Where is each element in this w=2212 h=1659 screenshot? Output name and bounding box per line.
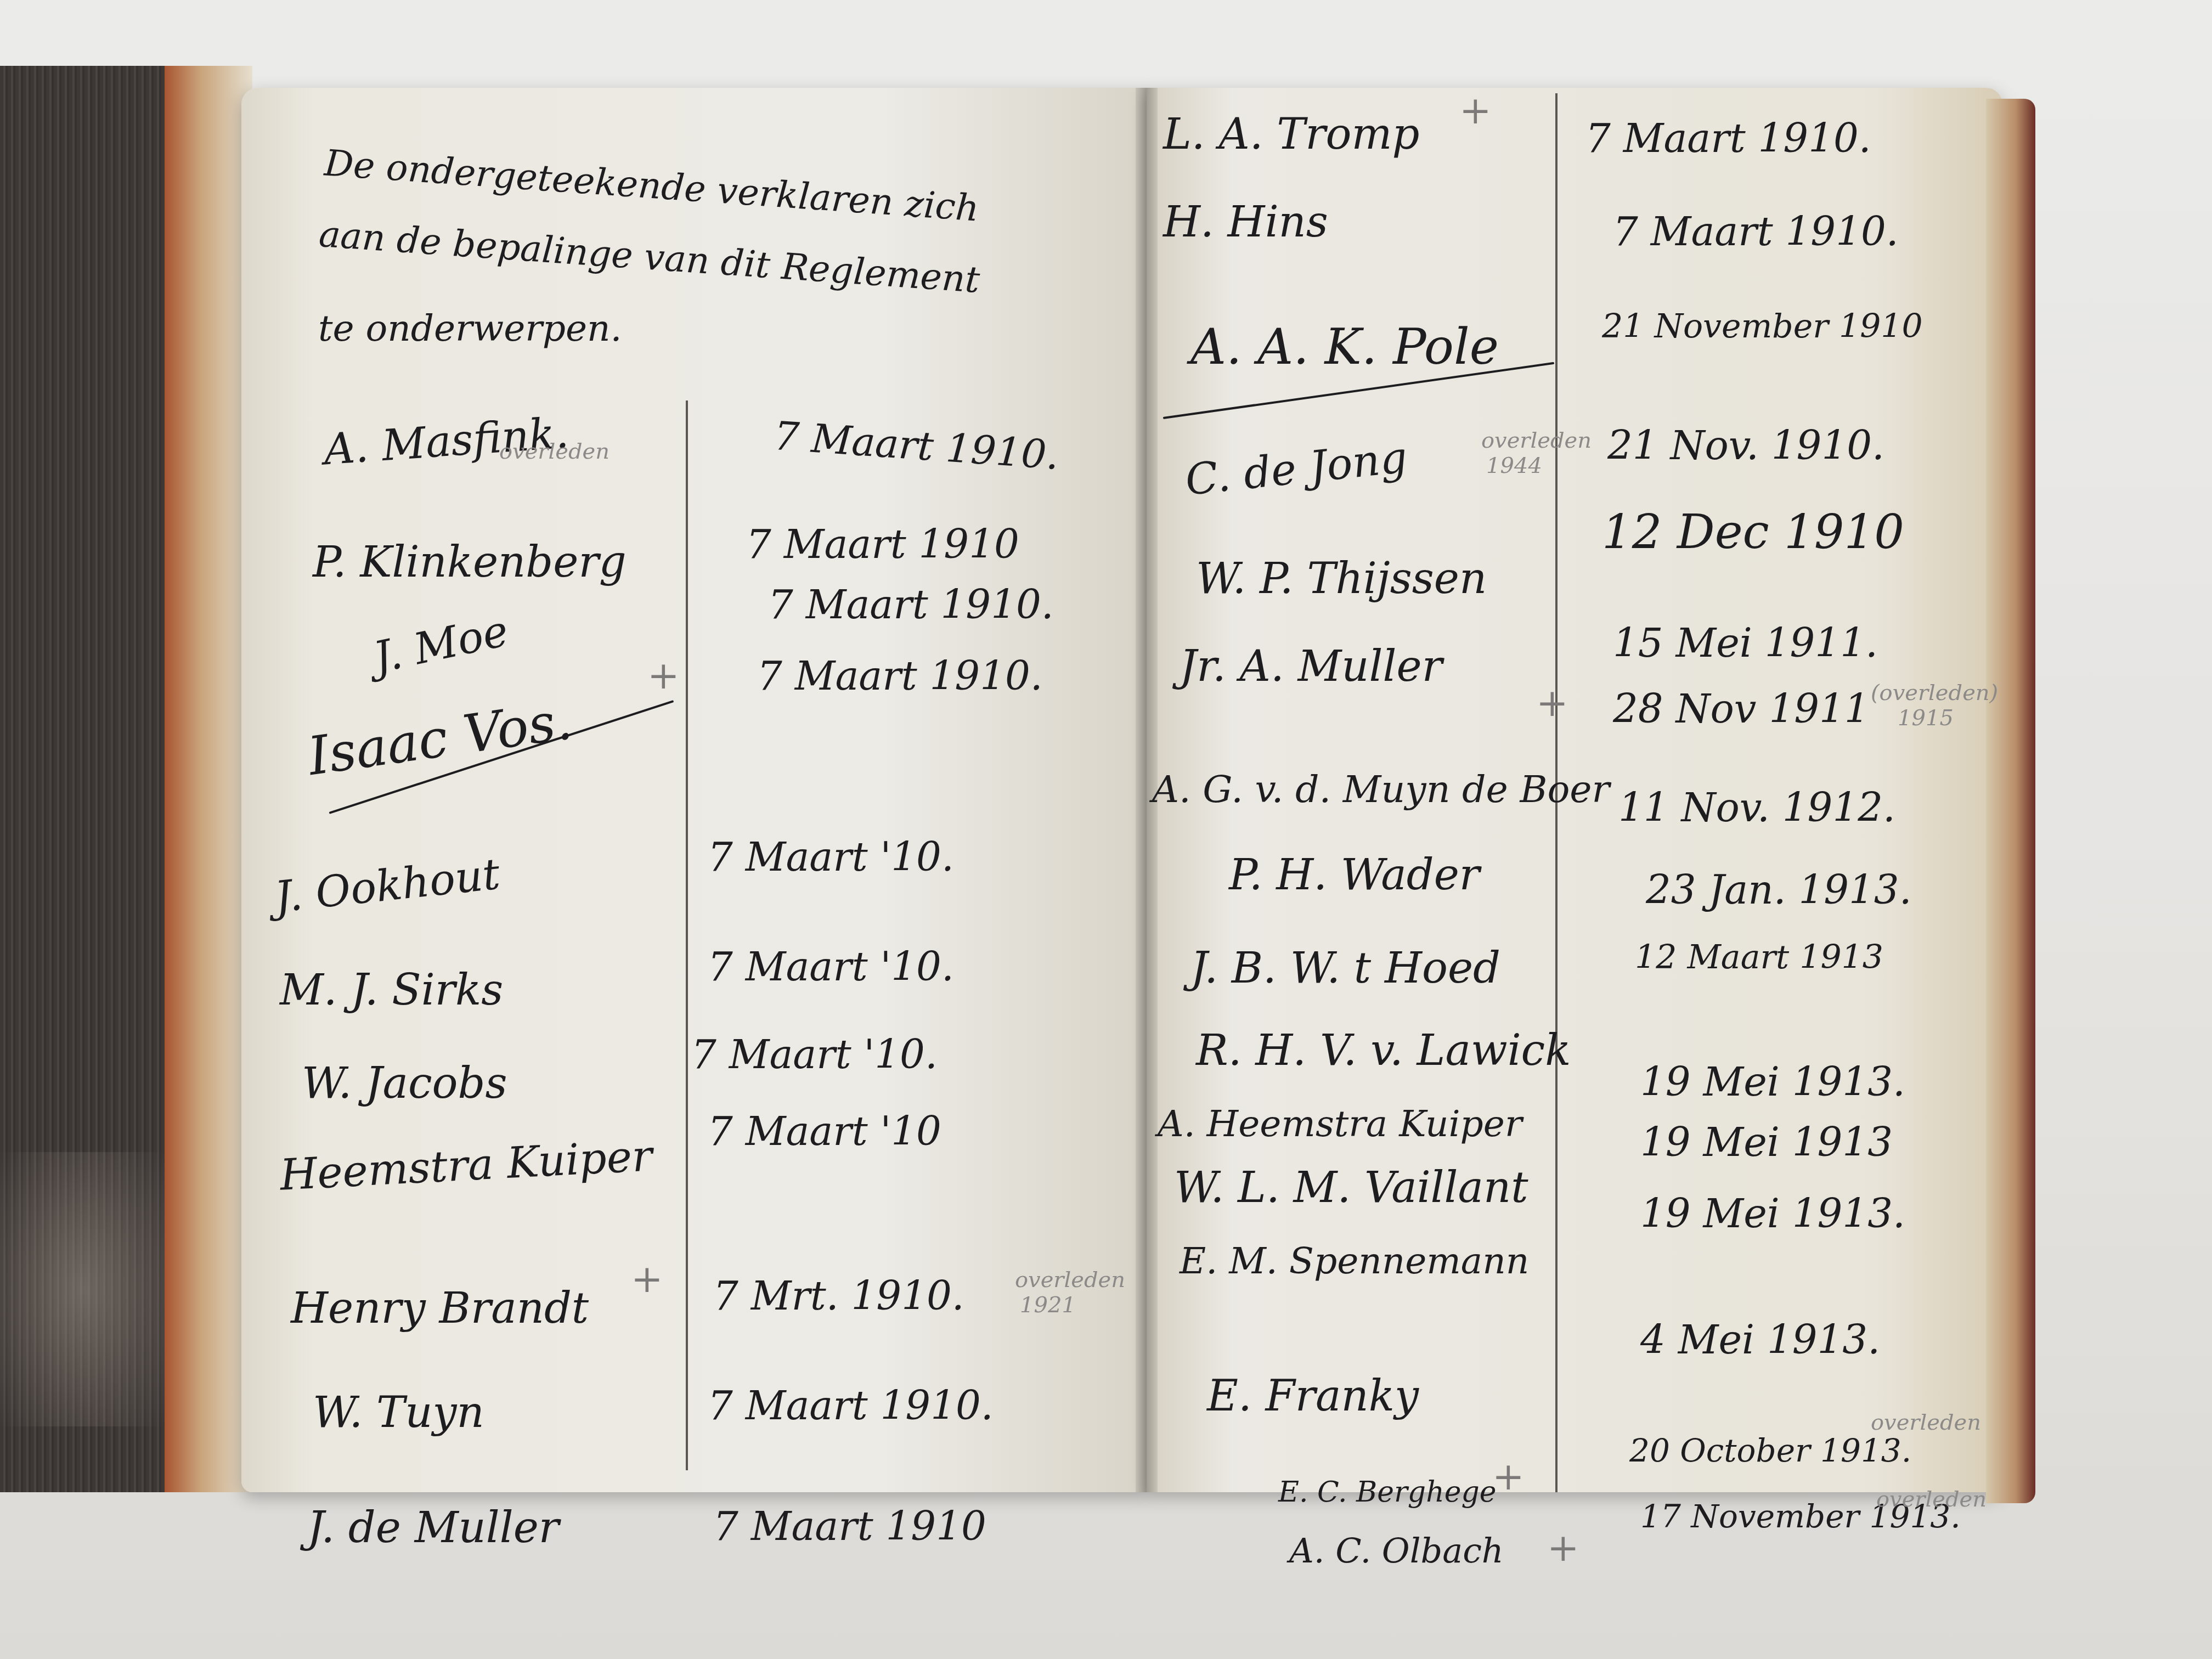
signature: M. J. Sirks [280, 966, 503, 1015]
signature-date: 7 Maart 1910 [713, 1503, 986, 1549]
signature-date: 21 Nov. 1910. [1607, 422, 1884, 469]
signature-date: 7 Maart 1910 [746, 521, 1019, 567]
signature: E. M. Spennemann [1180, 1240, 1529, 1282]
signature: R. H. V. v. Lawick [1196, 1026, 1571, 1075]
signature-date: 7 Maart 1910. [1613, 208, 1899, 255]
signature: J. B. W. t Hoed [1190, 944, 1500, 993]
book-spine-edge [165, 66, 252, 1492]
signature-date: 4 Mei 1913. [1640, 1317, 1880, 1363]
signature: W. L. M. Vaillant [1174, 1163, 1528, 1212]
signature: P. Klinkenberg [313, 538, 627, 587]
signature: W. Jacobs [302, 1059, 507, 1108]
signature-date: 11 Nov. 1912. [1618, 785, 1895, 831]
signature-date: 12 Maart 1913 [1635, 938, 1883, 977]
signature: J. de Muller [307, 1503, 559, 1553]
deceased-cross-mark: + [1459, 88, 1492, 133]
signature-date: 15 Mei 1911. [1613, 620, 1878, 666]
signature: E. Franky [1207, 1372, 1419, 1421]
pencil-note: (overleden) 1915 [1871, 680, 1980, 731]
signature-date: 7 Maart '10 [708, 1108, 941, 1154]
signature-date: 7 Maart 1910. [757, 653, 1043, 699]
signature-date: 7 Maart '10. [691, 1031, 938, 1077]
signature-date: 7 Maart 1910. [708, 1383, 994, 1429]
signature: E. C. Berghege [1278, 1476, 1496, 1509]
signature-date: 7 Maart 1910. [1585, 115, 1871, 161]
signature: W. Tuyn [313, 1388, 484, 1437]
deceased-cross-mark: + [631, 1256, 663, 1301]
signature: A. Heemstra Kuiper [1158, 1103, 1522, 1145]
signature: P. H. Wader [1229, 850, 1480, 900]
left-page [241, 88, 1147, 1492]
signature-date: 7 Mrt. 1910. [713, 1273, 964, 1319]
cover-wear [0, 1152, 165, 1426]
signature-date: 23 Jan. 1913. [1646, 867, 1912, 913]
left-page-column-rule [686, 400, 688, 1470]
pencil-note: overleden [1871, 1410, 1981, 1435]
deceased-cross-mark: + [647, 653, 680, 698]
signature-date: 7 Maart '10. [708, 944, 954, 990]
signature: H. Hins [1163, 198, 1328, 247]
signature-date: 19 Mei 1913. [1640, 1059, 1905, 1105]
pencil-note: overleden 1921 [1015, 1267, 1081, 1318]
signature-date: 19 Mei 1913 [1640, 1119, 1893, 1165]
pencil-note: overleden 1944 [1481, 428, 1547, 478]
signature-date: 19 Mei 1913. [1640, 1190, 1905, 1237]
signature: Henry Brandt [291, 1284, 589, 1333]
signature: A. G. v. d. Muyn de Boer [1152, 768, 1610, 811]
signature: A. A. K. Pole [1190, 318, 1499, 376]
signature-date: 21 November 1910 [1602, 307, 1923, 346]
heading-line-3: te onderwerpen. [318, 307, 622, 349]
signature: L. A. Tromp [1163, 110, 1419, 159]
signature: Jr. A. Muller [1180, 642, 1442, 691]
signature-date: 20 October 1913. [1629, 1432, 1911, 1469]
signature: W. P. Thijssen [1196, 554, 1487, 603]
deceased-cross-mark: + [1536, 680, 1568, 725]
deceased-cross-mark: + [1492, 1454, 1525, 1499]
deceased-cross-mark: + [1547, 1525, 1579, 1570]
signature-date: 12 Dec 1910 [1602, 505, 1904, 560]
pencil-note: overleden [499, 439, 610, 464]
pencil-note: overleden [1876, 1487, 1987, 1512]
book-cover-right [1986, 99, 2035, 1503]
signature: A. C. Olbach [1289, 1531, 1504, 1571]
signature-date: 7 Maart 1910. [768, 582, 1054, 628]
signature-date: 7 Maart '10. [708, 834, 954, 880]
signature-date: 28 Nov 1911 [1613, 686, 1870, 732]
